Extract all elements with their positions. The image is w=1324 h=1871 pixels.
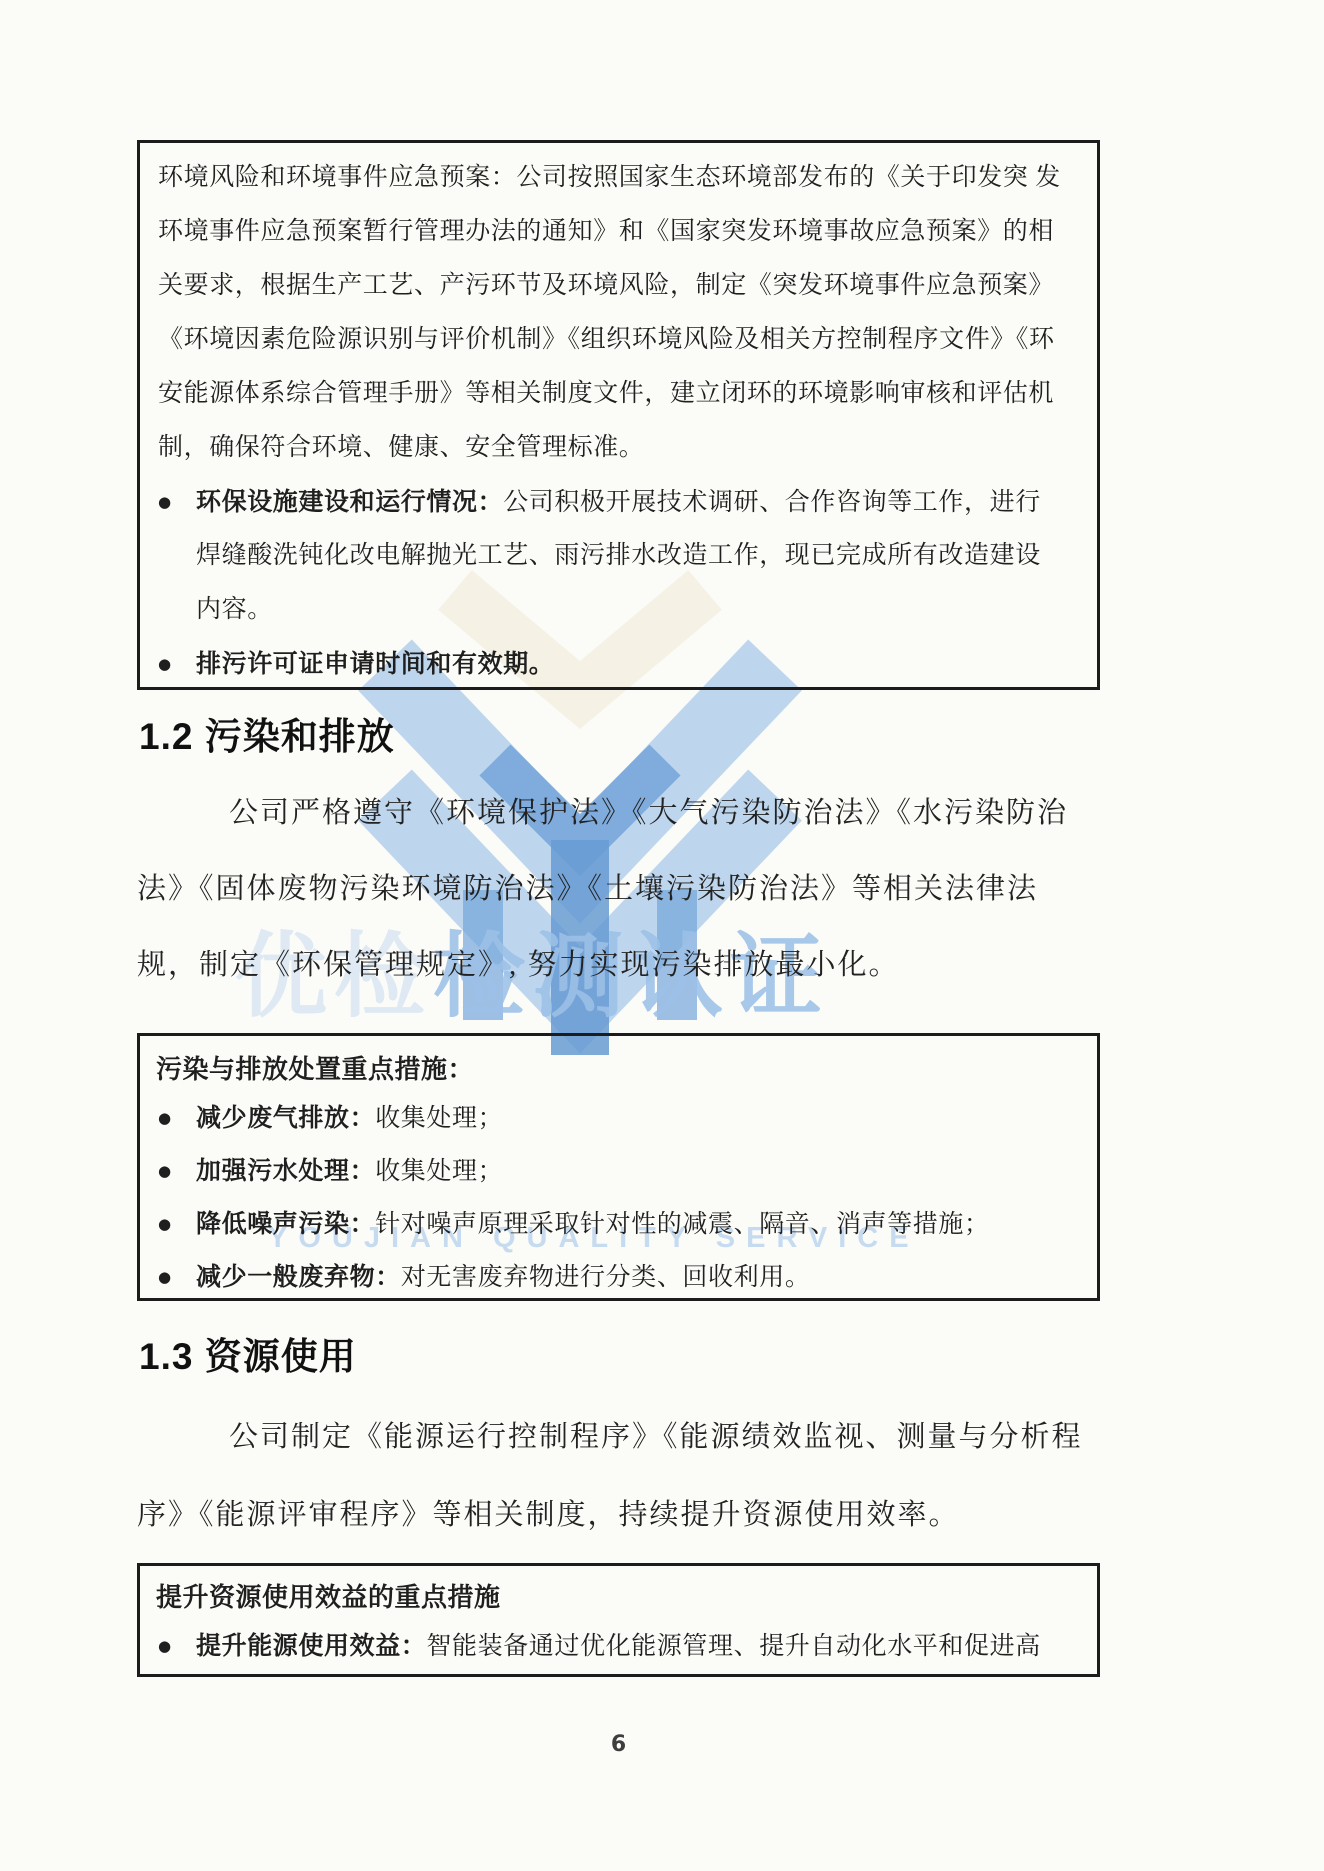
list-item-label: 减少废气排放： [196, 1092, 375, 1145]
page-number: 6 [137, 1732, 1100, 1757]
bullet-icon: ● [158, 1198, 196, 1251]
resource-measures-box: 提升资源使用效益的重点措施 ●提升能源使用效益：智能装备通过优化能源管理、提升自… [137, 1563, 1100, 1677]
section-heading-1-3: 1.3 资源使用 [139, 1326, 357, 1380]
list-item: ●减少一般废弃物：对无害废弃物进行分类、回收利用。 [140, 1251, 1097, 1304]
list-item-continuation: 内容。 [140, 583, 1097, 637]
list-item-text: 公司积极开展技术调研、合作咨询等工作，进行 [503, 476, 1041, 530]
bullet-icon: ● [158, 1145, 196, 1198]
text-line: 《环境因素危险源识别与评价机制》《组织环境风险及相关方控制程序文件》《环 [140, 313, 1097, 367]
list-item: ●提升能源使用效益：智能装备通过优化能源管理、提升自动化水平和促进高 [140, 1620, 1097, 1672]
text-line: 规，制定《环保管理规定》, 努力实现污染排放最小化。 [137, 927, 1137, 1003]
bullet-icon: ● [158, 1251, 196, 1304]
pollution-measures-box: 污染与排放处置重点措施： ●减少废气排放：收集处理； ●加强污水处理：收集处理；… [137, 1033, 1100, 1301]
box-title: 污染与排放处置重点措施： [140, 1046, 1097, 1092]
text-line: 公司严格遵守《环境保护法》《大气污染防治法》《水污染防治 [137, 775, 1137, 851]
list-item: ●减少废气排放：收集处理； [140, 1092, 1097, 1145]
list-item-text: 收集处理； [375, 1145, 503, 1198]
list-item-label: 排污许可证申请时间和有效期。 [196, 637, 554, 691]
list-item-text: 收集处理； [375, 1092, 503, 1145]
page-content: 环境风险和环境事件应急预案：公司按照国家生态环境部发布的《关于印发突 发 环境事… [0, 0, 1324, 1871]
text-line: 公司制定《能源运行控制程序》《能源绩效监视、测量与分析程 [137, 1398, 1137, 1476]
bullet-icon: ● [158, 637, 196, 691]
text-line: 法》《固体废物污染环境防治法》《土壤污染防治法》等相关法律法 [137, 851, 1137, 927]
list-item-text: 智能装备通过优化能源管理、提升自动化水平和促进高 [426, 1621, 1040, 1673]
text-line: 序》《能源评审程序》等相关制度，持续提升资源使用效率。 [137, 1476, 1137, 1554]
list-item-label: 加强污水处理： [196, 1145, 375, 1198]
section-heading-1-2: 1.2 污染和排放 [139, 706, 395, 760]
section-1-3-paragraph: 公司制定《能源运行控制程序》《能源绩效监视、测量与分析程 序》《能源评审程序》等… [137, 1398, 1137, 1554]
text-line: 环境事件应急预案暂行管理办法的通知》和《国家突发环境事故应急预案》的相 [140, 205, 1097, 259]
list-item-text: 对无害废弃物进行分类、回收利用。 [401, 1251, 811, 1304]
document-page: 优检检测认证 YOUJIAN QUALITY SERVICE 环境风险和环境事件… [0, 0, 1324, 1871]
list-item-label: 减少一般废弃物： [196, 1251, 401, 1304]
list-item: ●环保设施建设和运行情况：公司积极开展技术调研、合作咨询等工作，进行 [140, 475, 1097, 529]
section-1-2-paragraph: 公司严格遵守《环境保护法》《大气污染防治法》《水污染防治 法》《固体废物污染环境… [137, 775, 1137, 1003]
text-line: 安能源体系综合管理手册》等相关制度文件，建立闭环的环境影响审核和评估机 [140, 367, 1097, 421]
list-item: ●排污许可证申请时间和有效期。 [140, 637, 1097, 691]
text-line: 制，确保符合环境、健康、安全管理标准。 [140, 421, 1097, 475]
list-item-label: 降低噪声污染： [196, 1198, 375, 1251]
emergency-plan-box: 环境风险和环境事件应急预案：公司按照国家生态环境部发布的《关于印发突 发 环境事… [137, 140, 1100, 690]
box-title: 提升资源使用效益的重点措施 [140, 1574, 1097, 1620]
text-line: 关要求，根据生产工艺、产污环节及环境风险，制定《突发环境事件应急预案》 [140, 259, 1097, 313]
bullet-icon: ● [158, 475, 196, 529]
list-item-text: 针对噪声原理采取针对性的减震、隔音、消声等措施； [375, 1198, 989, 1251]
list-item-label: 环保设施建设和运行情况： [196, 475, 503, 529]
list-item: ●加强污水处理：收集处理； [140, 1145, 1097, 1198]
bullet-icon: ● [158, 1092, 196, 1145]
text-line: 环境风险和环境事件应急预案：公司按照国家生态环境部发布的《关于印发突 发 [140, 151, 1097, 205]
bullet-icon: ● [158, 1620, 196, 1672]
list-item-continuation: 焊缝酸洗钝化改电解抛光工艺、雨污排水改造工作，现已完成所有改造建设 [140, 529, 1097, 583]
list-item-label: 提升能源使用效益： [196, 1620, 426, 1672]
list-item: ●降低噪声污染：针对噪声原理采取针对性的减震、隔音、消声等措施； [140, 1198, 1097, 1251]
